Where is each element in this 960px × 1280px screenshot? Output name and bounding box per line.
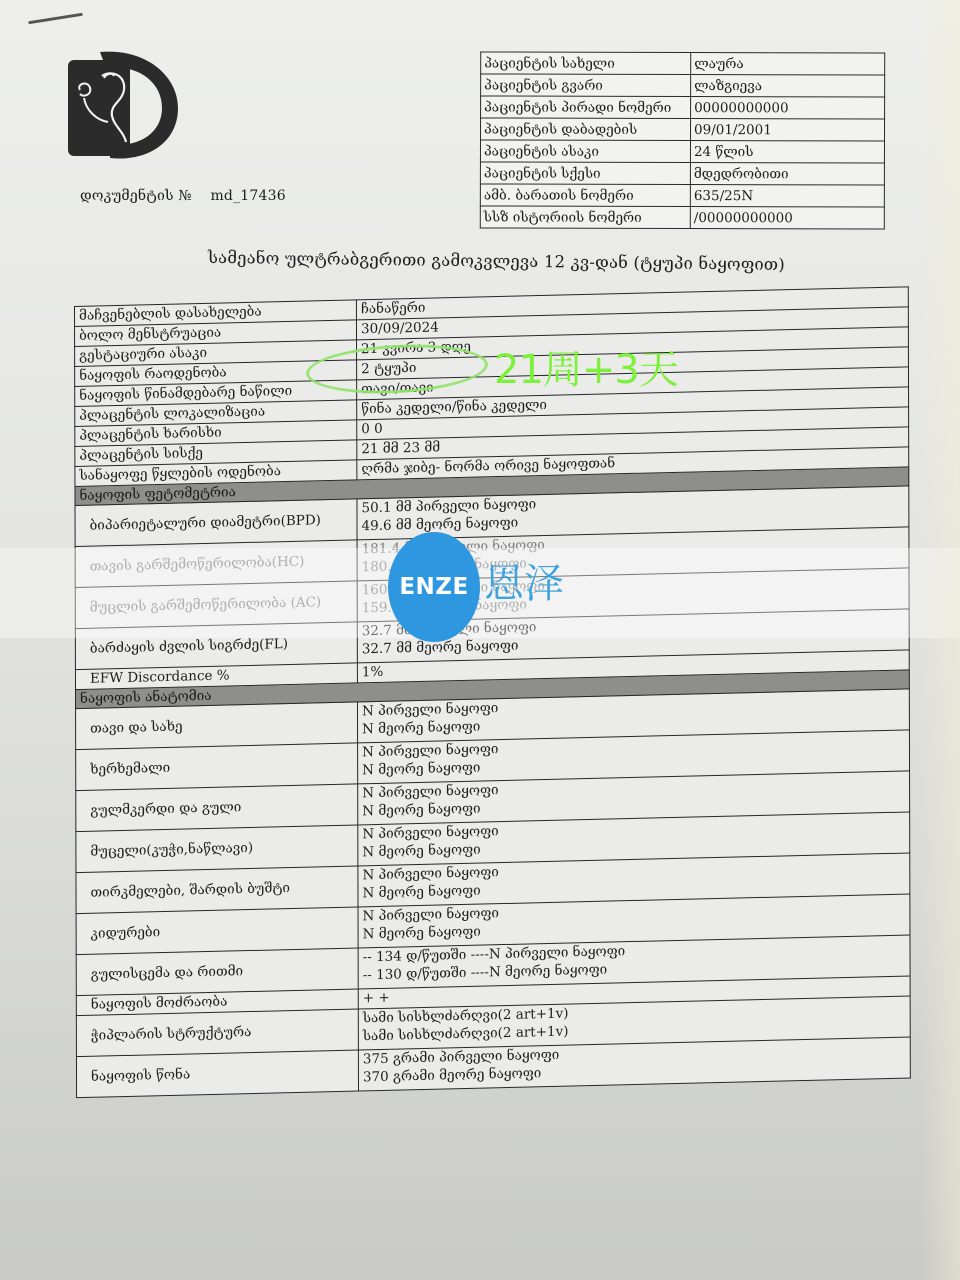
- patient-info-label: პაციენტის სახელი: [481, 52, 691, 75]
- patient-info-label: სსზ ისტორიის ნომერი: [480, 206, 690, 229]
- row-label: ნაყოფის წონა: [76, 1050, 358, 1098]
- patient-info-value: ლაურა: [691, 53, 885, 76]
- patient-info-label: პაციენტის გვარი: [481, 74, 691, 97]
- watermark-band: [0, 548, 960, 638]
- enze-watermark-text: ENZE: [399, 574, 468, 600]
- document-number-label: დოკუმენტის №: [80, 188, 192, 204]
- patient-info-label: პაციენტის დაბადების: [481, 118, 691, 141]
- patient-info-value: 24 წლის: [690, 141, 884, 164]
- row-label: ხერხემალი: [76, 743, 358, 791]
- patient-info-label: პაციენტის პირადი ნომერი: [481, 96, 691, 119]
- patient-info-row: პაციენტის სქესიმდედრობითი: [480, 162, 884, 185]
- patient-info-row: პაციენტის პირადი ნომერი00000000000: [481, 96, 885, 119]
- patient-info-label: პაციენტის ასაკი: [480, 140, 690, 163]
- row-label: ჭიპლარის სტრუქტურა: [76, 1009, 358, 1057]
- mother-and-child-logo-icon: [66, 46, 178, 162]
- patient-info-table: პაციენტის სახელილაურაპაციენტის გვარილაზგ…: [480, 51, 885, 229]
- results-table: მაჩვენებლის დასახელებაჩანაწერიბოლო მენსტ…: [74, 286, 911, 1098]
- patient-info-label: ამბ. ბარათის ნომერი: [480, 184, 690, 207]
- results-table-wrapper: მაჩვენებლის დასახელებაჩანაწერიბოლო მენსტ…: [74, 286, 911, 1098]
- row-label: თირკმელები, შარდის ბუშტი: [76, 866, 358, 914]
- row-label: გულმკერდი და გული: [76, 784, 358, 832]
- patient-info-value: 09/01/2001: [691, 119, 885, 142]
- patient-info-row: პაციენტის ასაკი24 წლის: [480, 140, 884, 163]
- enze-watermark-chinese: 恩泽: [484, 552, 564, 609]
- page-edge-shadow: [920, 0, 960, 1280]
- row-label: მუცელი(კუჭი,ნაწლავი): [76, 825, 358, 873]
- row-label: ბიპარიეტალური დიამეტრი(BPD): [75, 499, 357, 547]
- row-label: კიდურები: [76, 907, 358, 955]
- enze-watermark-badge: ENZE: [388, 532, 480, 642]
- patient-info-row: ამბ. ბარათის ნომერი635/25N: [480, 184, 884, 207]
- patient-info-row: პაციენტის გვარილაზგიევა: [481, 74, 885, 97]
- document-number-value: md_17436: [210, 188, 285, 204]
- page-title: სამეანო ულტრაბგერითი გამოკვლევა 12 კვ-და…: [208, 248, 785, 274]
- patient-info-value: 00000000000: [691, 97, 885, 120]
- patient-info-value: ლაზგიევა: [691, 75, 885, 98]
- patient-info-label: პაციენტის სქესი: [480, 162, 690, 185]
- gestational-age-annotation: 21周+3天: [494, 338, 678, 395]
- patient-info-row: პაციენტის სახელილაურა: [481, 52, 885, 75]
- patient-info-row: სსზ ისტორიის ნომერი/00000000000: [480, 206, 884, 229]
- patient-info-value: მდედრობითი: [690, 163, 884, 186]
- pen-mark: [28, 13, 83, 25]
- patient-info-value: /00000000000: [690, 207, 884, 230]
- row-label: გულისცემა და რითმი: [76, 948, 358, 996]
- row-label: თავი და სახე: [76, 702, 358, 750]
- document-number: დოკუმენტის № md_17436: [80, 188, 286, 204]
- patient-info-row: პაციენტის დაბადების09/01/2001: [481, 118, 885, 141]
- patient-info-value: 635/25N: [690, 185, 884, 208]
